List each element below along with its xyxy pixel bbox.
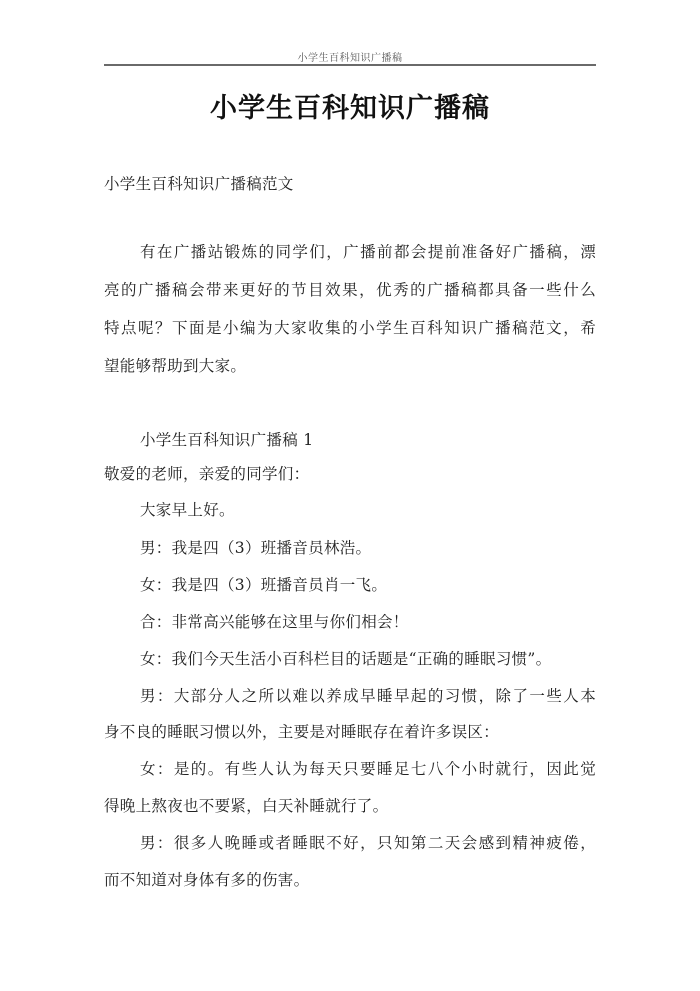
header-divider (104, 64, 596, 66)
body-line: 女：我是四（3）班播音员肖一飞。 (140, 573, 387, 595)
document-subtitle: 小学生百科知识广播稿范文 (104, 172, 294, 194)
body-line: 女：是的。有些人认为每天只要睡足七八个小时就行，因此觉 (140, 757, 596, 779)
document-title: 小学生百科知识广播稿 (104, 86, 596, 125)
intro-paragraph-line-1: 有在广播站锻炼的同学们，广播前都会提前准备好广播稿，漂 (140, 240, 596, 262)
body-line: 身不良的睡眠习惯以外，主要是对睡眠存在着许多误区： (104, 720, 499, 742)
intro-paragraph-line-4: 望能够帮助到大家。 (104, 354, 246, 376)
intro-paragraph-line-3: 特点呢？下面是小编为大家收集的小学生百科知识广播稿范文，希 (104, 316, 596, 338)
running-header: 小学生百科知识广播稿 (104, 49, 596, 64)
document-page: 小学生百科知识广播稿 小学生百科知识广播稿 小学生百科知识广播稿范文 有在广播站… (0, 0, 700, 991)
body-line: 男：我是四（3）班播音员林浩。 (140, 536, 371, 558)
body-line: 男：大部分人之所以难以养成早睡早起的习惯，除了一些人本 (140, 684, 596, 706)
body-line: 男：很多人晚睡或者睡眠不好，只知第二天会感到精神疲倦， (140, 831, 596, 853)
intro-paragraph-line-2: 亮的广播稿会带来更好的节目效果，优秀的广播稿都具备一些什么 (104, 278, 596, 300)
body-line: 得晚上熬夜也不要紧，白天补睡就行了。 (104, 794, 388, 816)
body-line: 女：我们今天生活小百科栏目的话题是“正确的睡眠习惯”。 (140, 647, 551, 669)
salutation: 敬爱的老师，亲爱的同学们： (104, 462, 309, 484)
body-line: 而不知道对身体有多的伤害。 (104, 868, 309, 890)
body-line: 合：非常高兴能够在这里与你们相会！ (140, 610, 409, 632)
section-heading: 小学生百科知识广播稿 1 (140, 428, 313, 450)
body-line: 大家早上好。 (140, 498, 235, 520)
